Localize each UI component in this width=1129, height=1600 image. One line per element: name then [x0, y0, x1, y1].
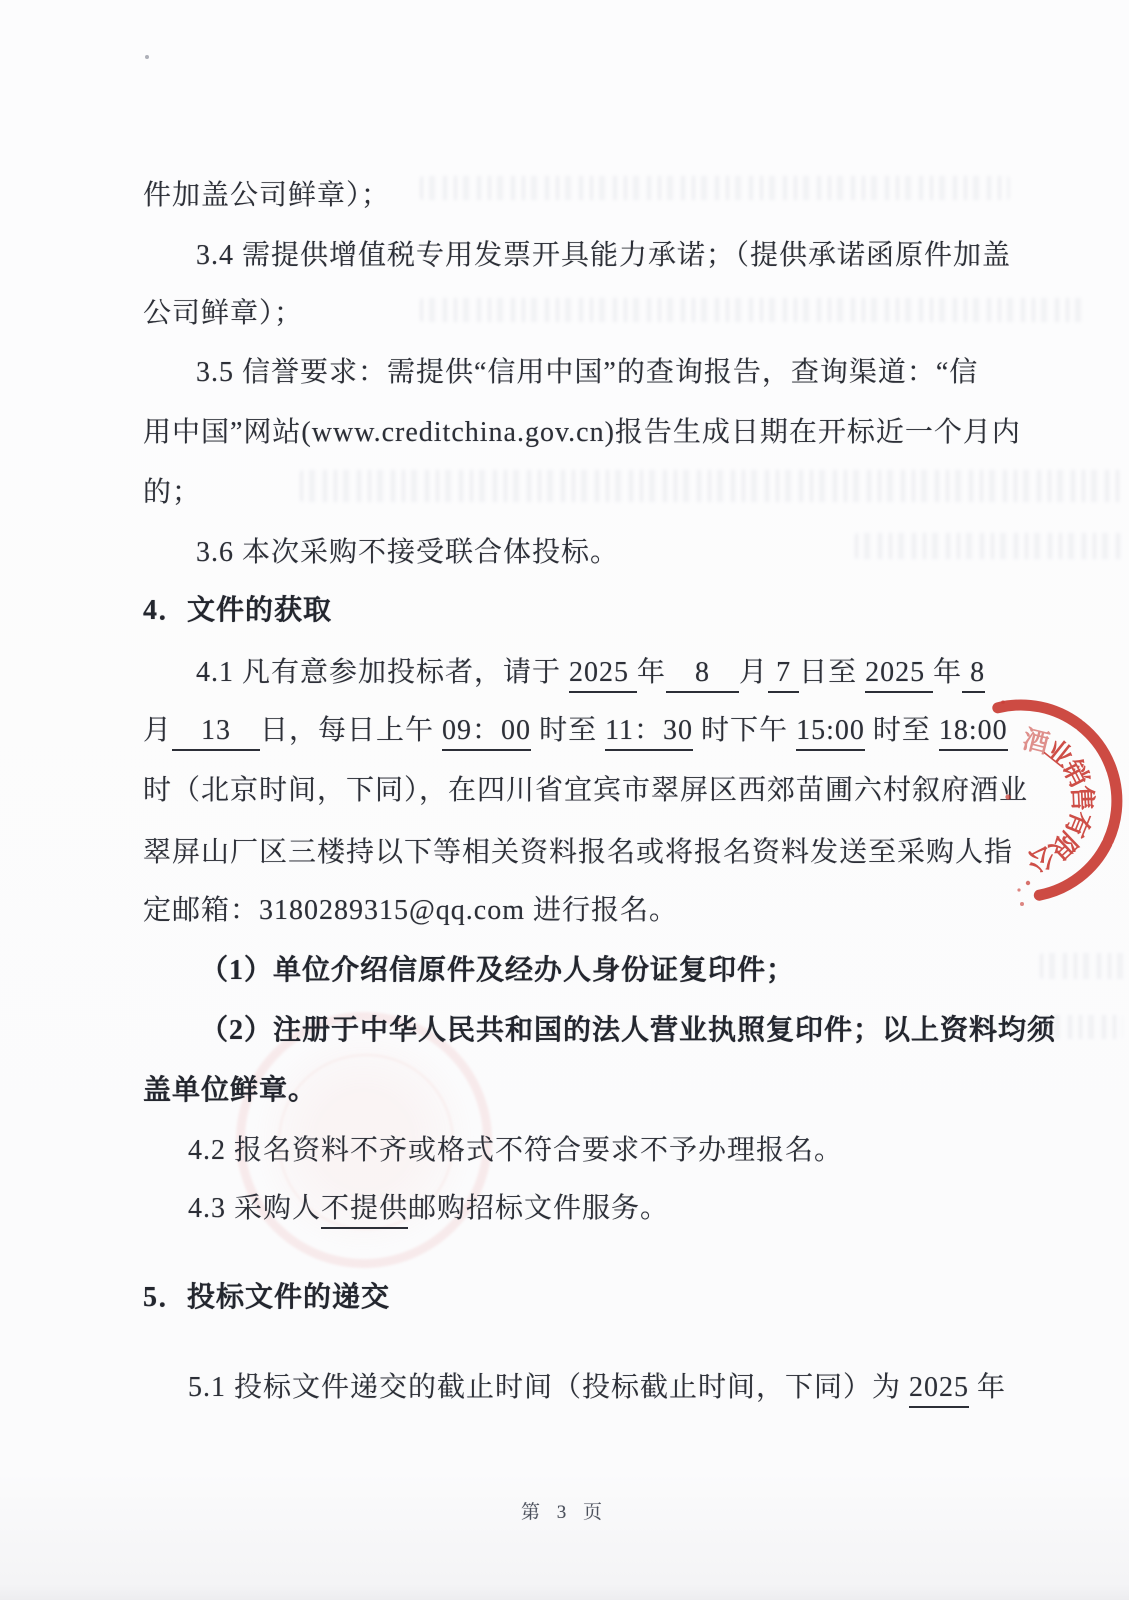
- text-line: 的；: [143, 473, 201, 513]
- ghost-bleedthrough-text: [420, 176, 1010, 200]
- page: 件加盖公司鲜章）；3.4 需提供增值税专用发票开具能力承诺；（提供承诺函原件加盖…: [0, 0, 1129, 1600]
- text-segment: 定邮箱：3180289315@qq.com 进行报名。: [143, 895, 678, 926]
- text-segment: 3.4 需提供增值税专用发票开具能力承诺；（提供承诺函原件加盖: [196, 240, 1011, 271]
- underlined-text: 15:00: [796, 715, 865, 751]
- text-line: 5.1 投标文件递交的截止时间（投标截止时间，下同）为 2025 年: [188, 1368, 1006, 1408]
- text-line: 5．投标文件的递交: [143, 1278, 390, 1318]
- text-line: 公司鲜章）；: [143, 294, 303, 334]
- underlined-text: 8: [666, 657, 739, 693]
- text-segment: 用中国”网站(www.creditchina.gov.cn)报告生成日期在开标近…: [143, 417, 1021, 448]
- underlined-text: 2025: [909, 1372, 969, 1408]
- ink-speck: [1017, 888, 1020, 891]
- text-segment: 时至: [531, 715, 605, 746]
- text-segment: 时下午: [693, 715, 796, 746]
- underlined-text: 13: [172, 715, 260, 751]
- footer-page-number: 第 3 页: [0, 1497, 1129, 1524]
- text-segment: 4．文件的获取: [143, 595, 332, 626]
- text-line: 3.6 本次采购不接受联合体投标。: [196, 533, 619, 573]
- text-line: 月 13 日，每日上午 09：00 时至 11：30 时下午 15:00 时至 …: [143, 711, 1008, 751]
- text-line: 3.5 信誉要求：需提供“信用中国”的查询报告，查询渠道：“信: [196, 353, 978, 393]
- text-segment: 3.6 本次采购不接受联合体投标。: [196, 537, 619, 568]
- text-line: 件加盖公司鲜章）；: [143, 176, 390, 216]
- text-line: 4.1 凡有意参加投标者，请于 2025 年 8 月 7 日至 2025 年 8: [196, 653, 985, 693]
- text-segment: 年: [969, 1372, 1006, 1403]
- text-line: 4.3 采购人不提供邮购招标文件服务。: [188, 1189, 669, 1229]
- ghost-bleedthrough-text: [855, 533, 1123, 559]
- text-line: 3.4 需提供增值税专用发票开具能力承诺；（提供承诺函原件加盖: [196, 236, 1011, 276]
- underlined-text: 11：30: [605, 715, 693, 751]
- text-segment: 4.1 凡有意参加投标者，请于: [196, 657, 569, 688]
- text-segment: 月: [739, 657, 768, 688]
- ink-speck: [1001, 700, 1005, 704]
- ink-speck: [1026, 881, 1030, 885]
- underlined-text: 2025: [569, 657, 637, 693]
- ghost-bleedthrough-text: [300, 470, 1122, 502]
- text-line: （2）注册于中华人民共和国的法人营业执照复印件；以上资料均须: [200, 1011, 1056, 1051]
- text-segment: 公司鲜章）；: [143, 298, 303, 329]
- text-line: 4.2 报名资料不齐或格式不符合要求不予办理报名。: [188, 1131, 843, 1171]
- text-segment: （2）注册于中华人民共和国的法人营业执照复印件；以上资料均须: [200, 1015, 1056, 1046]
- text-line: 翠屏山厂区三楼持以下等相关资料报名或将报名资料发送至采购人指: [143, 833, 1013, 873]
- text-segment: 月: [143, 715, 172, 746]
- text-segment: 4.2 报名资料不齐或格式不符合要求不予办理报名。: [188, 1135, 843, 1166]
- text-line: （1）单位介绍信原件及经办人身份证复印件；: [200, 951, 795, 991]
- text-segment: 5．投标文件的递交: [143, 1282, 390, 1313]
- text-segment: 3.5 信誉要求：需提供“信用中国”的查询报告，查询渠道：“信: [196, 357, 978, 388]
- ink-speck: [145, 55, 149, 59]
- text-segment: 日，每日上午: [260, 715, 442, 746]
- text-line: 用中国”网站(www.creditchina.gov.cn)报告生成日期在开标近…: [143, 413, 1021, 453]
- text-segment: 盖单位鲜章。: [143, 1075, 317, 1106]
- ghost-bleedthrough-text: [1040, 953, 1125, 979]
- text-segment: 邮购招标文件服务。: [408, 1193, 669, 1224]
- text-segment: （1）单位介绍信原件及经办人身份证复印件；: [200, 955, 795, 986]
- ghost-bleedthrough-text: [1045, 1015, 1123, 1039]
- ghost-bleedthrough-text: [420, 298, 1085, 322]
- text-line: 4．文件的获取: [143, 591, 332, 631]
- seal-arc-text: 酒业销售有限公: [1020, 725, 1098, 877]
- text-segment: 件加盖公司鲜章）；: [143, 180, 390, 211]
- text-line: 定邮箱：3180289315@qq.com 进行报名。: [143, 891, 678, 931]
- text-segment: 5.1 投标文件递交的截止时间（投标截止时间，下同）为: [188, 1372, 909, 1403]
- underlined-text: 09：00: [442, 715, 531, 751]
- text-segment: 日至: [799, 657, 865, 688]
- text-segment: 4.3 采购人: [188, 1193, 321, 1224]
- underlined-text: 不提供: [321, 1193, 408, 1229]
- ink-speck: [1005, 794, 1010, 799]
- text-line: 盖单位鲜章。: [143, 1071, 317, 1111]
- text-segment: 翠屏山厂区三楼持以下等相关资料报名或将报名资料发送至采购人指: [143, 837, 1013, 868]
- underlined-text: 7: [768, 657, 799, 693]
- text-segment: 年: [637, 657, 666, 688]
- company-seal: 酒业销售有限公: [891, 671, 1129, 911]
- text-segment: 的；: [143, 477, 201, 508]
- ink-speck: [1020, 902, 1024, 906]
